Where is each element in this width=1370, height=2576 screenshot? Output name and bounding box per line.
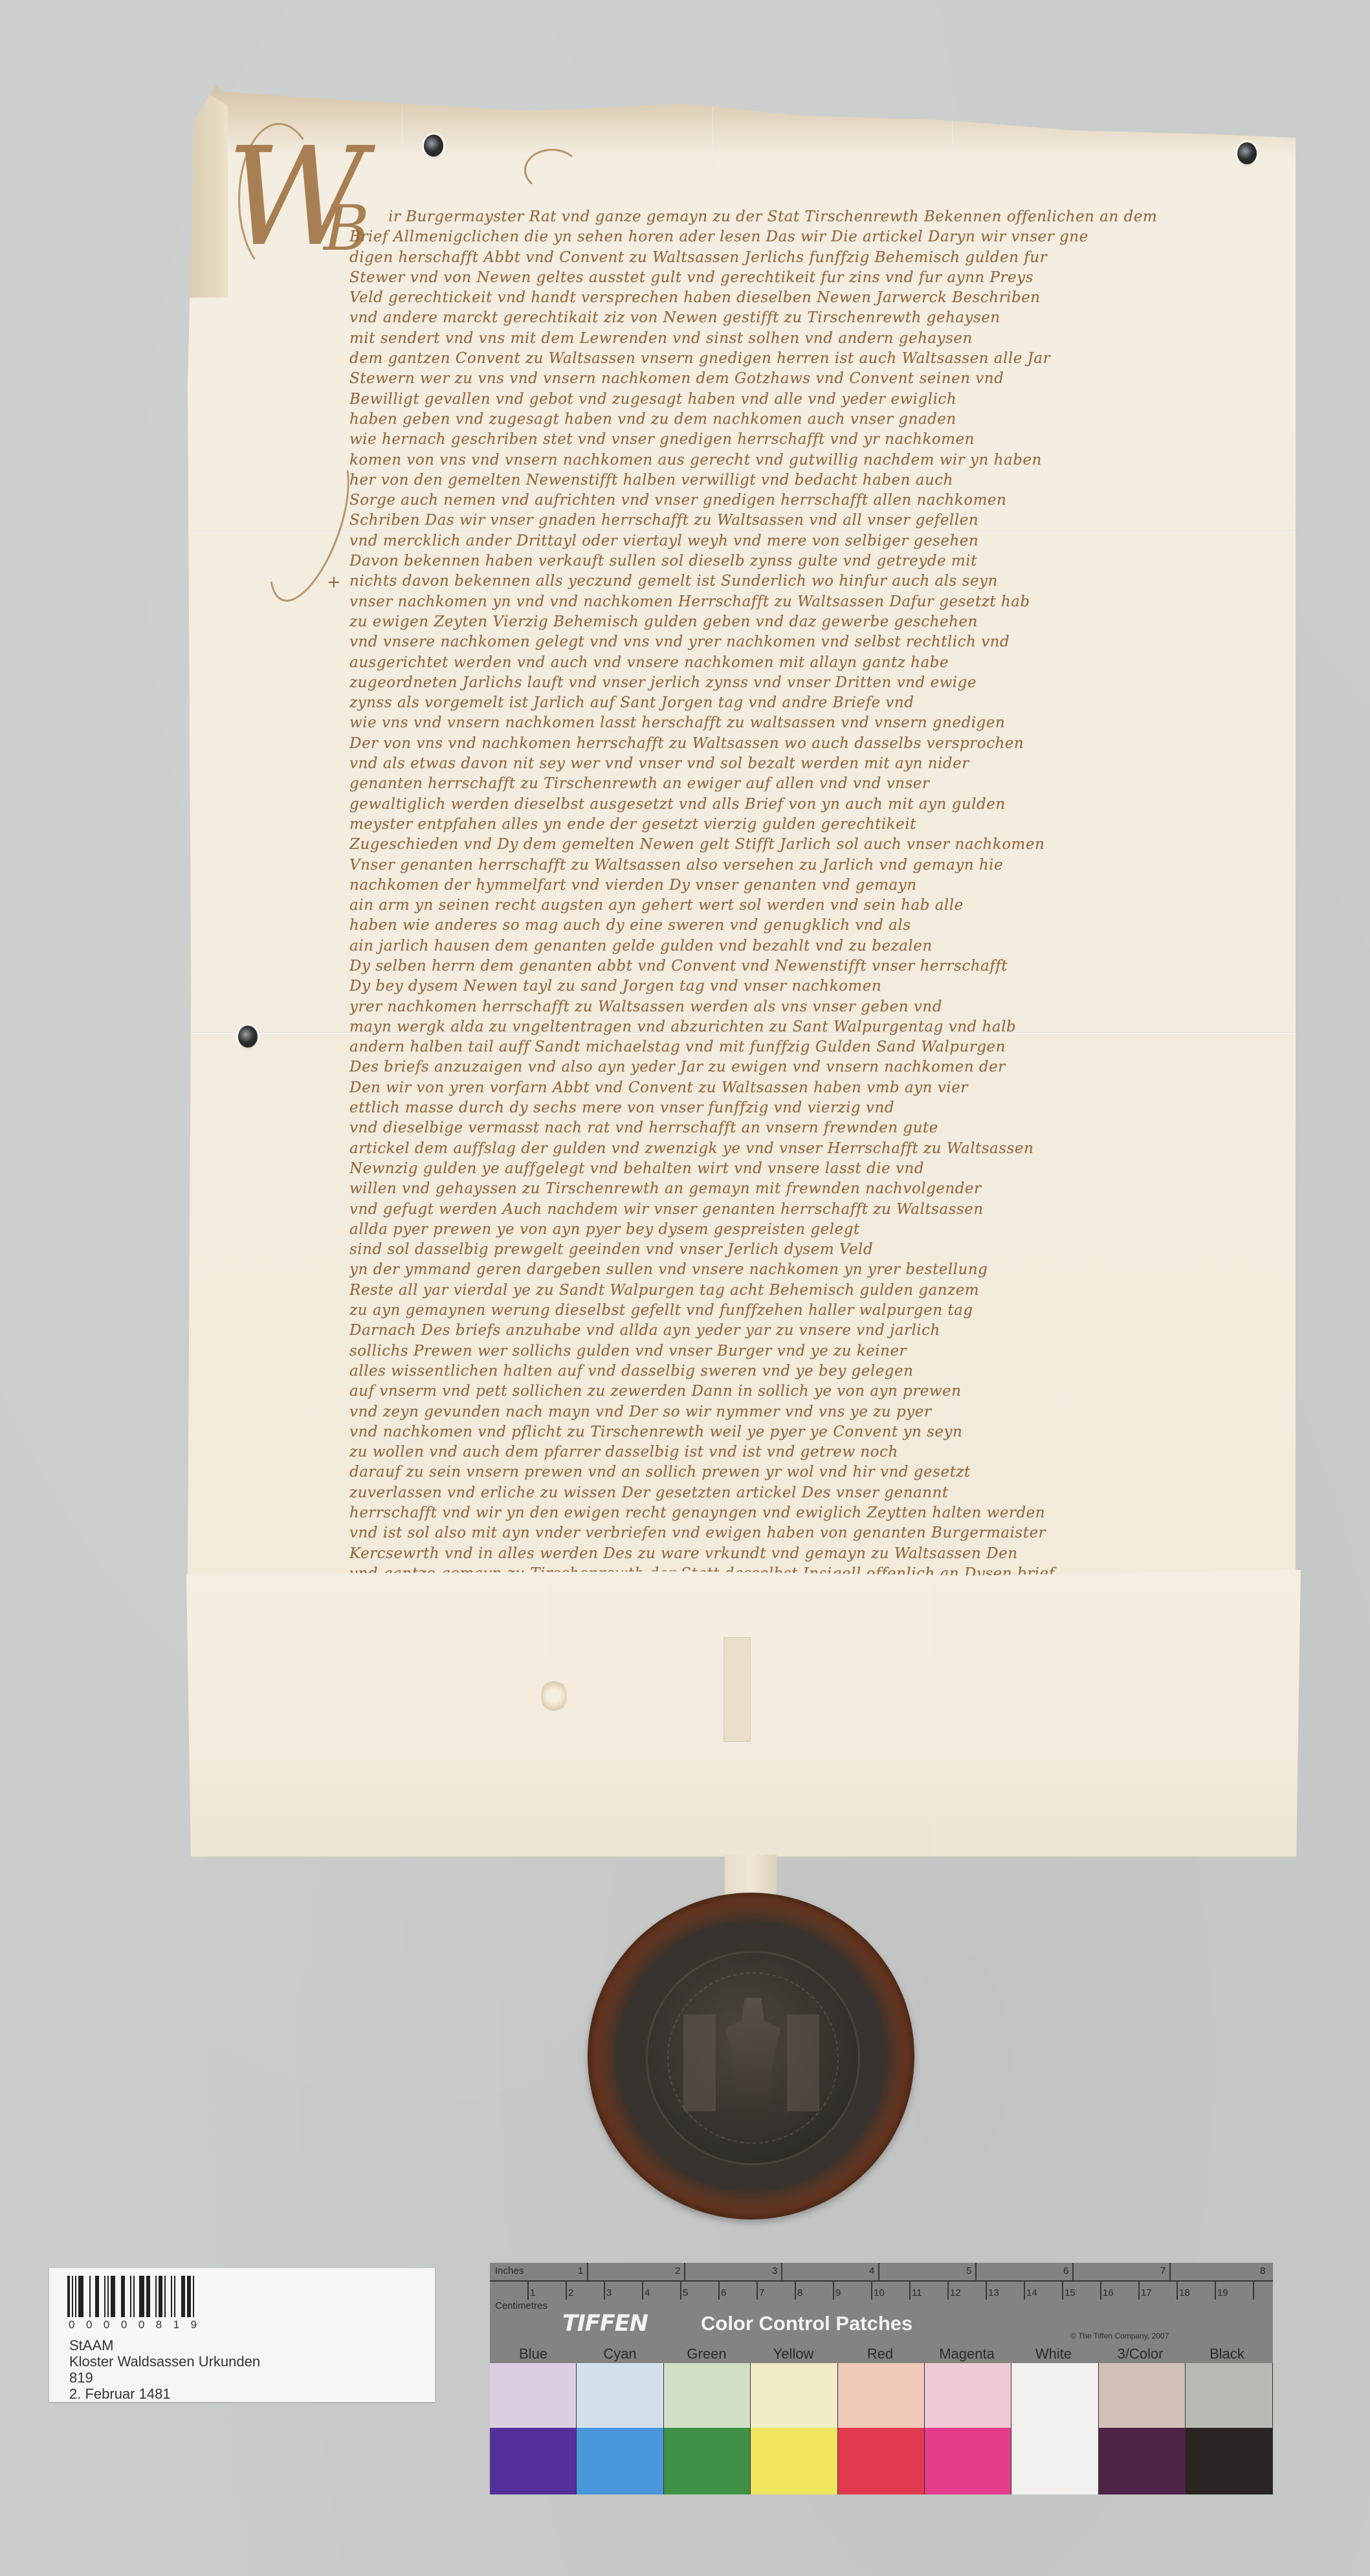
text-line: sollichs Prewen wer sollichs gulden vnd …	[349, 1341, 1268, 1361]
text-line: gewaltiglich werden dieselbst ausgesetzt…	[349, 795, 1268, 815]
text-line: andern halben tail auff Sandt michaelsta…	[349, 1037, 1268, 1057]
text-line: yrer nachkomen herrschafft zu Waltsassen…	[349, 997, 1268, 1017]
patch-label-blue: Blue	[490, 2346, 577, 2362]
archive-label: 00000819 StAAM Kloster Waldsassen Urkund…	[49, 2268, 435, 2402]
color-patch-light	[577, 2363, 663, 2428]
text-line: vnd andere marckt gerechtikait ziz von N…	[349, 308, 1268, 328]
color-patch-dark	[751, 2428, 837, 2494]
seal-impression	[646, 1951, 860, 2165]
cm-tick: 7	[759, 2287, 764, 2298]
cm-tick: 10	[874, 2287, 885, 2298]
text-line: Stewer vnd von Newen geltes ausstet gult…	[349, 268, 1268, 288]
text-line: yn der ymmand geren dargeben sullen vnd …	[349, 1260, 1268, 1280]
label-number: 819	[69, 2371, 93, 2385]
color-patch-light	[925, 2363, 1011, 2428]
inch-tick: 8	[1260, 2265, 1265, 2276]
cm-tick: 9	[835, 2287, 841, 2298]
text-line: Schriben Das wir vnser gnaden herrschaff…	[349, 511, 1268, 531]
text-line: zu wollen vnd auch dem pfarrer dasselbig…	[349, 1442, 1268, 1462]
text-line: wie hernach geschriben stet vnd vnser gn…	[349, 430, 1268, 450]
text-line: vnd nachkomen vnd pflicht zu Tirschenrew…	[349, 1422, 1268, 1442]
charter-parchment: W B + ir Burgermayster Rat vnd ganze gem…	[188, 84, 1296, 1576]
wax-seal	[588, 1893, 914, 2219]
text-line: zu ewigen Zeyten Vierzig Behemisch gulde…	[349, 612, 1268, 632]
text-line: Dy selben herrn dem genanten abbt vnd Co…	[349, 956, 1268, 976]
color-patch-light	[490, 2363, 577, 2428]
cm-tick: 14	[1026, 2287, 1037, 2298]
patch-label-cyan: Cyan	[577, 2346, 663, 2362]
inch-tick: 7	[1160, 2265, 1166, 2276]
inch-tick: 3	[772, 2265, 777, 2276]
text-line: Darnach Des briefs anzuhabe vnd allda ay…	[349, 1321, 1268, 1341]
color-patch-light	[664, 2363, 751, 2428]
cm-tick: 16	[1103, 2287, 1114, 2298]
patch-label-red: Red	[837, 2346, 923, 2362]
text-line: mayn wergk alda zu vngeltentragen vnd ab…	[349, 1017, 1268, 1037]
text-line: artickel dem auffslag der gulden vnd zwe…	[349, 1139, 1268, 1159]
line-flourish	[524, 149, 580, 192]
text-line: vnser nachkomen yn vnd vnd nachkomen Her…	[349, 592, 1268, 612]
text-line: digen herschafft Abbt vnd Convent zu Wal…	[349, 248, 1268, 268]
color-patch-dark	[925, 2428, 1011, 2494]
text-line: mit sendert vnd vns mit dem Lewrenden vn…	[349, 329, 1268, 349]
text-line: haben geben vnd zugesagt haben vnd zu de…	[349, 410, 1268, 430]
patch-label-green: Green	[663, 2346, 750, 2362]
inch-tick: 2	[675, 2265, 680, 2276]
parchment-hole	[541, 1680, 567, 1712]
plica-fold	[186, 1570, 1301, 1856]
text-line: her von den gemelten Newenstifft halben …	[349, 470, 1268, 490]
text-line: nichts davon bekennen alls yeczund gemel…	[349, 571, 1268, 591]
cm-tick: 6	[721, 2287, 726, 2298]
barcode-icon	[67, 2276, 196, 2317]
text-line: ausgerichtet werden vnd auch vnd vnsere …	[349, 653, 1268, 673]
cm-tick: 13	[988, 2287, 999, 2298]
patch-label-magenta: Magenta	[923, 2346, 1010, 2362]
text-line: Reste all yar vierdal ye zu Sandt Walpur…	[349, 1281, 1268, 1301]
seal-tower-icon	[787, 2014, 819, 2111]
text-line: dem gantzen Convent zu Waltsassen vnsern…	[349, 349, 1268, 369]
text-line: Dy bey dysem Newen tayl zu sand Jorgen t…	[349, 976, 1268, 996]
text-line: Stewern wer zu vns vnd vnsern nachkomen …	[349, 369, 1268, 389]
copyright: © The Tiffen Company, 2007	[1070, 2331, 1169, 2340]
cm-tick: 17	[1141, 2287, 1152, 2298]
label-institution: StAAM	[69, 2339, 113, 2353]
text-line: darauf zu sein vnsern prewen vnd an soll…	[349, 1462, 1268, 1482]
text-line: Vnser genanten herrschafft zu Waltsassen…	[349, 855, 1268, 875]
text-line: Den wir von yren vorfarn Abbt vnd Conven…	[349, 1078, 1268, 1098]
text-line: vnd mercklich ander Drittayl oder vierta…	[349, 531, 1268, 551]
centimetres-label: Centimetres	[495, 2300, 547, 2311]
charter-text: ir Burgermayster Rat vnd ganze gemayn zu…	[349, 207, 1268, 1604]
inch-tick: 6	[1063, 2265, 1068, 2276]
fold-crease	[549, 1570, 551, 1856]
cm-tick: 12	[950, 2287, 961, 2298]
folded-corner	[188, 84, 228, 298]
text-line: Brief Allmenigclichen die yn sehen horen…	[349, 227, 1268, 247]
color-patch-dark	[490, 2428, 577, 2494]
text-line: sind sol dasselbig prewgelt geeinden vnd…	[349, 1240, 1268, 1260]
eyelet-hole-icon	[424, 135, 443, 157]
color-patch-dark	[1011, 2428, 1098, 2494]
color-patch-dark	[838, 2428, 925, 2494]
chart-title: Color Control Patches	[701, 2312, 912, 2335]
text-line: willen vnd gehayssen zu Tirschenrewth an…	[349, 1179, 1268, 1199]
inch-tick: 1	[578, 2265, 583, 2276]
seal-tower-icon	[683, 2014, 716, 2111]
text-line: Der von vns vnd nachkomen herrschafft zu…	[349, 734, 1268, 754]
eyelet-hole-icon	[238, 1026, 258, 1048]
text-line: zynss als vorgemelt ist Jarlich auf Sant…	[349, 693, 1268, 713]
text-line: Newnzig gulden ye auffgelegt vnd behalte…	[349, 1159, 1268, 1179]
cm-tick: 1	[530, 2287, 535, 2298]
eyelet-hole-icon	[1237, 142, 1257, 164]
text-line: vnd als etwas davon nit sey wer vnd vnse…	[349, 754, 1268, 774]
color-patch-light	[1011, 2363, 1098, 2428]
text-line: genanten herrschafft zu Tirschenrewth an…	[349, 774, 1268, 794]
color-patch-dark	[664, 2428, 751, 2494]
patch-label-black: Black	[1184, 2346, 1270, 2362]
text-line: Veld gerechtickeit vnd handt versprechen…	[349, 288, 1268, 308]
text-line: Davon bekennen haben verkauft sullen sol…	[349, 551, 1268, 571]
cm-tick: 4	[645, 2287, 650, 2298]
text-line: Kercsewrth vnd in alles werden Des zu wa…	[349, 1544, 1268, 1564]
tiffen-color-chart: Inches Centimetres 1 2 3 4 5 6 7 8 1 2 3…	[490, 2263, 1273, 2363]
inch-tick: 5	[966, 2265, 971, 2276]
text-line: zugeordneten Jarlichs lauft vnd vnser je…	[349, 673, 1268, 693]
cm-tick: 8	[797, 2287, 802, 2298]
fold-crease	[934, 1570, 936, 1856]
text-line: herrschafft vnd wir yn den ewigen recht …	[349, 1503, 1268, 1523]
text-line: zu ayn gemaynen werung dieselbst gefellt…	[349, 1301, 1268, 1321]
barcode-number: 00000819	[69, 2318, 208, 2331]
text-line: vnd vnsere nachkomen gelegt vnd vns vnd …	[349, 632, 1268, 652]
text-line: zuverlassen vnd erliche zu wissen Der ge…	[349, 1483, 1268, 1503]
text-line: vnd dieselbige vermasst nach rat vnd her…	[349, 1118, 1268, 1138]
color-patch-light	[838, 2363, 925, 2428]
color-patch-light	[1186, 2363, 1272, 2428]
label-collection: Kloster Waldsassen Urkunden	[69, 2355, 260, 2369]
text-line: vnd gefugt werden Auch nachdem wir vnser…	[349, 1200, 1268, 1220]
text-line: ettlich masse durch dy sechs mere von vn…	[349, 1098, 1268, 1118]
patch-label-white: White	[1010, 2346, 1097, 2362]
inch-ruler	[490, 2263, 1273, 2282]
color-patch-light	[1099, 2363, 1186, 2428]
cm-tick: 3	[606, 2287, 612, 2298]
cm-tick: 11	[912, 2287, 922, 2298]
text-line: alles wissentlichen halten auf vnd dasse…	[349, 1361, 1268, 1382]
margin-mark: +	[327, 573, 341, 592]
text-line: auf vnserm vnd pett sollichen zu zewerde…	[349, 1382, 1268, 1402]
text-line: haben wie anderes so mag auch dy eine sw…	[349, 916, 1268, 936]
tiffen-logo: TIFFEN	[562, 2311, 648, 2337]
color-patch-dark	[577, 2428, 663, 2494]
text-line: meyster entpfahen alles yn ende der gese…	[349, 815, 1268, 835]
text-line: wie vns vnd vnsern nachkomen lasst hersc…	[349, 713, 1268, 733]
cm-tick: 19	[1217, 2287, 1228, 2298]
color-patches	[490, 2363, 1273, 2494]
text-line: ain jarlich hausen dem genanten gelde gu…	[349, 936, 1268, 956]
cm-tick: 15	[1065, 2287, 1076, 2298]
cm-tick: 5	[683, 2287, 688, 2298]
text-line: Zugeschieden vnd Dy dem gemelten Newen g…	[349, 835, 1268, 855]
cm-tick: 2	[568, 2287, 573, 2298]
text-line: Des briefs anzuzaigen vnd also ayn yeder…	[349, 1057, 1268, 1077]
text-line: allda pyer prewen ye von ayn pyer bey dy…	[349, 1220, 1268, 1240]
inches-label: Inches	[495, 2265, 524, 2276]
text-line: vnd ist sol also mit ayn vnder verbriefe…	[349, 1523, 1268, 1543]
text-line: komen von vns vnd vnsern nachkomen aus g…	[349, 450, 1268, 470]
seal-slit	[724, 1637, 751, 1742]
text-line: nachkomen der hymmelfart vnd vierden Dy …	[349, 875, 1268, 896]
inch-tick: 4	[869, 2265, 874, 2276]
patch-label-yellow: Yellow	[750, 2346, 837, 2362]
color-patch-dark	[1186, 2428, 1272, 2494]
text-line: Sorge auch nemen vnd aufrichten vnd vnse…	[349, 490, 1268, 511]
label-date: 2. Februar 1481	[69, 2387, 171, 2401]
text-line: ain arm yn seinen recht augsten ayn gehe…	[349, 896, 1268, 916]
cm-tick: 18	[1179, 2287, 1190, 2298]
text-line: Bewilligt gevallen vnd gebot vnd zugesag…	[349, 390, 1268, 410]
text-line: vnd zeyn gevunden nach mayn vnd Der so w…	[349, 1402, 1268, 1422]
text-line: ir Burgermayster Rat vnd ganze gemayn zu…	[349, 207, 1268, 227]
patch-label-3color: 3/Color	[1097, 2346, 1184, 2362]
seal-figure-icon	[725, 1998, 780, 2121]
color-patch-dark	[1099, 2428, 1186, 2494]
color-patch-light	[751, 2363, 837, 2428]
